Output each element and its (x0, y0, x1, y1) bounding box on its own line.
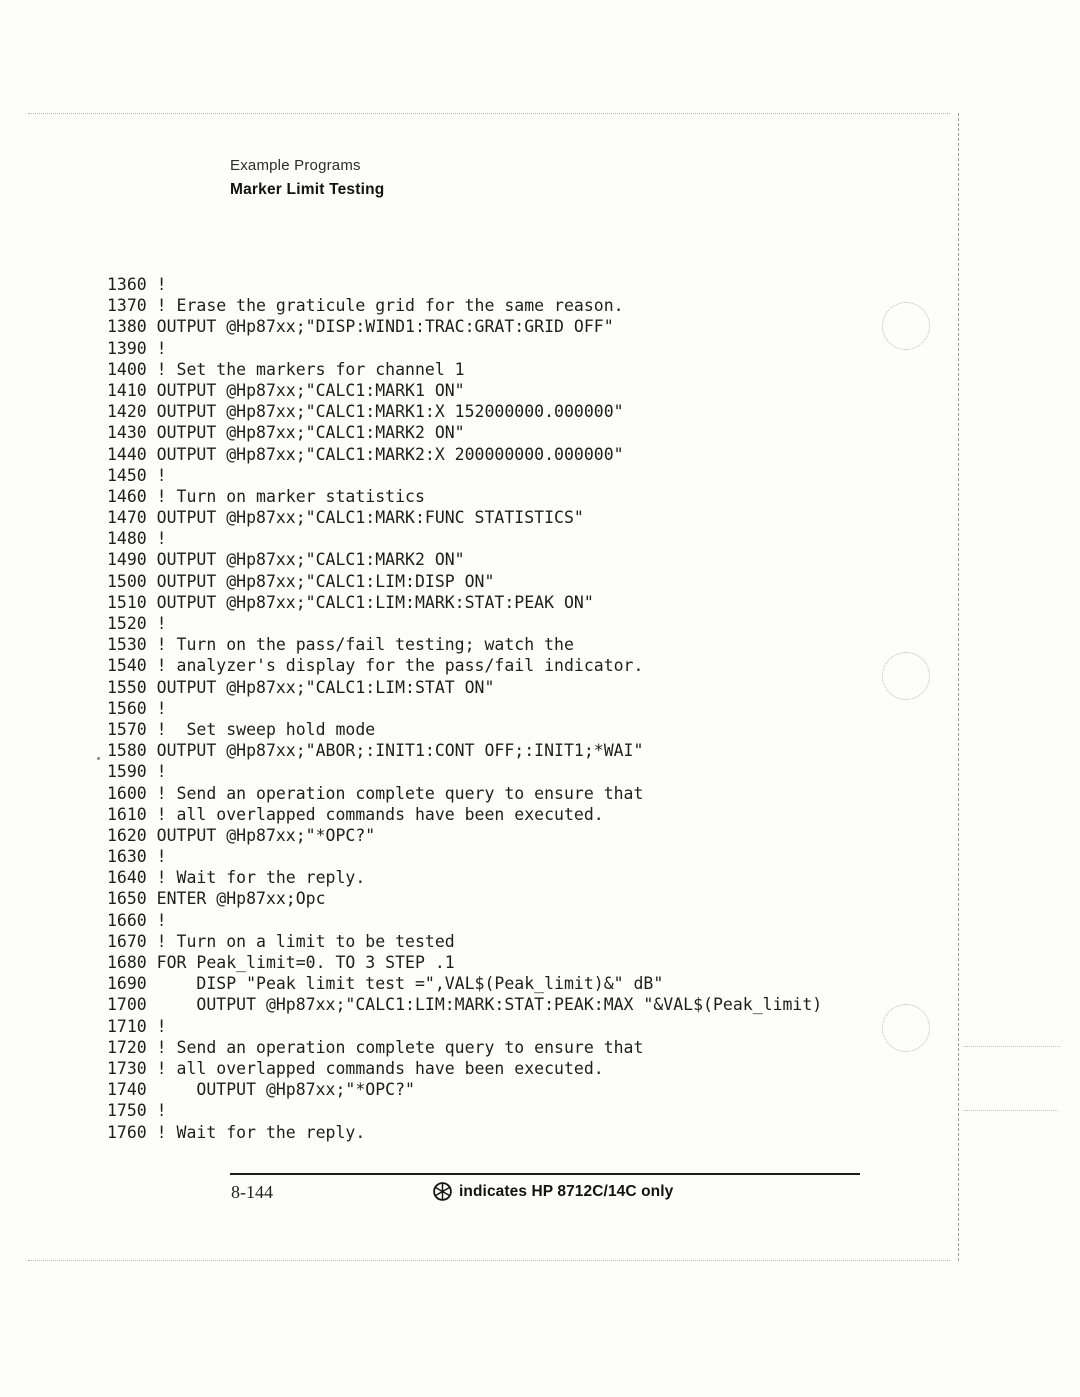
code-line: 1680 FOR Peak_limit=0. TO 3 STEP .1 (107, 952, 822, 973)
code-line: 1520 ! (107, 613, 822, 634)
code-line: 1630 ! (107, 846, 822, 867)
footer-note-text: indicates HP 8712C/14C only (459, 1183, 673, 1201)
code-line: 1510 OUTPUT @Hp87xx;"CALC1:LIM:MARK:STAT… (107, 592, 822, 613)
code-line: 1750 ! (107, 1100, 822, 1121)
scan-dotted-line-right-2 (964, 1110, 1058, 1111)
binder-hole-artifact-3 (882, 1004, 930, 1052)
page-title: Marker Limit Testing (230, 181, 384, 199)
code-line: 1450 ! (107, 465, 822, 486)
code-line: 1420 OUTPUT @Hp87xx;"CALC1:MARK1:X 15200… (107, 401, 822, 422)
code-line: 1430 OUTPUT @Hp87xx;"CALC1:MARK2 ON" (107, 422, 822, 443)
scan-dotted-line-right-1 (964, 1046, 1060, 1047)
code-line: 1610 ! all overlapped commands have been… (107, 804, 822, 825)
code-line: 1470 OUTPUT @Hp87xx;"CALC1:MARK:FUNC STA… (107, 507, 822, 528)
code-line: 1670 ! Turn on a limit to be tested (107, 931, 822, 952)
code-line: 1410 OUTPUT @Hp87xx;"CALC1:MARK1 ON" (107, 380, 822, 401)
code-line: 1690 DISP "Peak limit test =",VAL$(Peak_… (107, 973, 822, 994)
binder-hole-artifact-1 (882, 302, 930, 350)
code-line: 1490 OUTPUT @Hp87xx;"CALC1:MARK2 ON" (107, 549, 822, 570)
code-line: 1590 ! (107, 761, 822, 782)
code-line: 1380 OUTPUT @Hp87xx;"DISP:WIND1:TRAC:GRA… (107, 316, 822, 337)
binder-hole-artifact-2 (882, 652, 930, 700)
code-line: 1550 OUTPUT @Hp87xx;"CALC1:LIM:STAT ON" (107, 677, 822, 698)
code-line: 1360 ! (107, 274, 822, 295)
code-line: 1440 OUTPUT @Hp87xx;"CALC1:MARK2:X 20000… (107, 444, 822, 465)
breadcrumb: Example Programs (230, 157, 361, 174)
code-line: 1500 OUTPUT @Hp87xx;"CALC1:LIM:DISP ON" (107, 571, 822, 592)
circled-pinwheel-asterisk-icon (432, 1181, 453, 1202)
code-line: 1530 ! Turn on the pass/fail testing; wa… (107, 634, 822, 655)
code-line: 1640 ! Wait for the reply. (107, 867, 822, 888)
code-line: 1370 ! Erase the graticule grid for the … (107, 295, 822, 316)
code-listing: 1360 ! 1370 ! Erase the graticule grid f… (107, 274, 822, 1143)
code-line: 1740 OUTPUT @Hp87xx;"*OPC?" (107, 1079, 822, 1100)
scan-dotted-line-top (28, 113, 950, 114)
code-line: 1390 ! (107, 338, 822, 359)
code-line: 1540 ! analyzer's display for the pass/f… (107, 655, 822, 676)
code-line: 1600 ! Send an operation complete query … (107, 783, 822, 804)
footer-rule (230, 1173, 860, 1175)
page-number: 8-144 (231, 1182, 273, 1203)
code-line: 1710 ! (107, 1016, 822, 1037)
scan-speck (97, 757, 100, 760)
code-line: 1480 ! (107, 528, 822, 549)
code-line: 1400 ! Set the markers for channel 1 (107, 359, 822, 380)
scan-dashed-line-right (958, 113, 959, 1261)
code-line: 1720 ! Send an operation complete query … (107, 1037, 822, 1058)
code-line: 1700 OUTPUT @Hp87xx;"CALC1:LIM:MARK:STAT… (107, 994, 822, 1015)
code-line: 1460 ! Turn on marker statistics (107, 486, 822, 507)
code-line: 1650 ENTER @Hp87xx;Opc (107, 888, 822, 909)
footer-note: indicates HP 8712C/14C only (432, 1181, 673, 1202)
code-line: 1620 OUTPUT @Hp87xx;"*OPC?" (107, 825, 822, 846)
code-line: 1760 ! Wait for the reply. (107, 1122, 822, 1143)
scan-dotted-line-bottom (28, 1260, 950, 1261)
code-line: 1730 ! all overlapped commands have been… (107, 1058, 822, 1079)
code-line: 1560 ! (107, 698, 822, 719)
code-line: 1570 ! Set sweep hold mode (107, 719, 822, 740)
code-line: 1660 ! (107, 910, 822, 931)
code-line: 1580 OUTPUT @Hp87xx;"ABOR;:INIT1:CONT OF… (107, 740, 822, 761)
